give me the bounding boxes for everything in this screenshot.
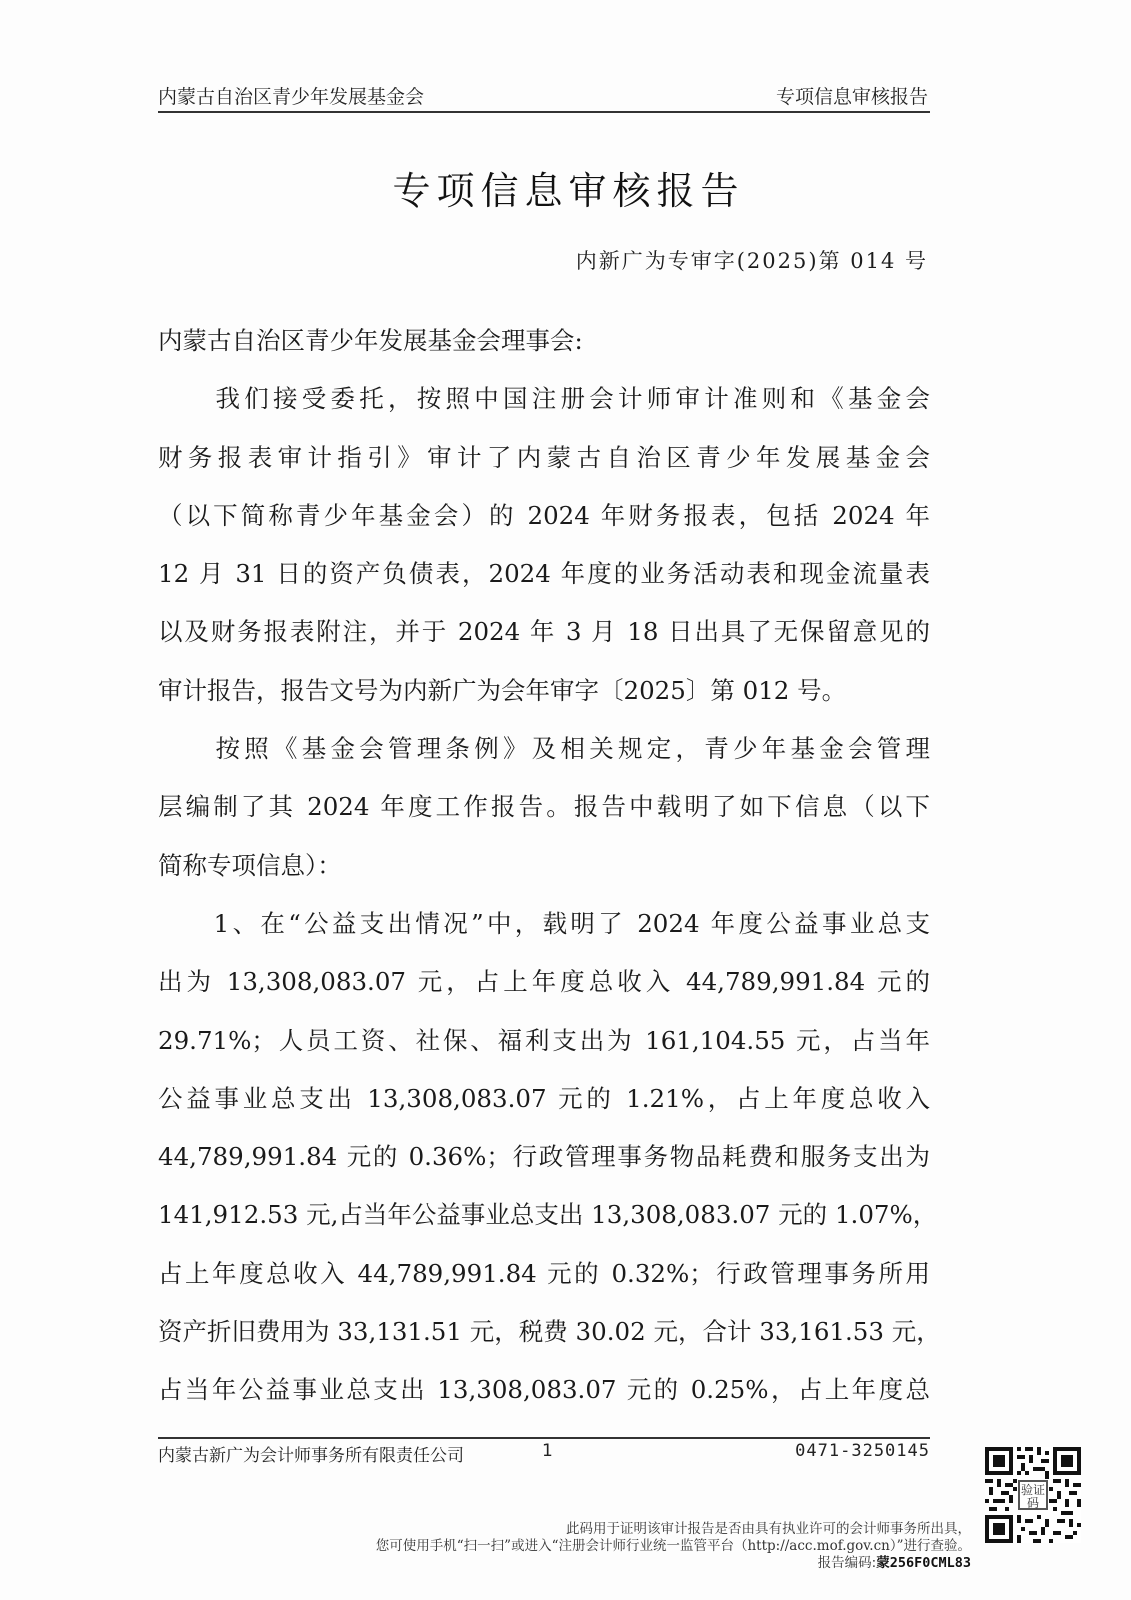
report-code: 报告编码:蒙256F0CML83 [351,1555,971,1572]
document-title: 专项信息审核报告 [0,160,1131,215]
body-line: 财务报表审计指引》审计了内蒙古自治区青少年发展基金会 [158,429,930,487]
body-line: 我们接受委托，按照中国注册会计师审计准则和《基金会 [158,370,930,428]
verification-qr-code-icon[interactable]: 验证 码 [985,1447,1081,1543]
header-report-type: 专项信息审核报告 [776,82,928,109]
body-line: 审计报告，报告文号为内新广为会年审字〔2025〕第 012 号。 [158,662,930,720]
header-organization: 内蒙古自治区青少年发展基金会 [158,82,424,109]
body-line: 层编制了其 2024 年度工作报告。报告中载明了如下信息（以下 [158,778,930,836]
body-line: 按照《基金会管理条例》及相关规定，青少年基金会管理 [158,720,930,778]
body-line: 出为 13,308,083.07 元，占上年度总收入 44,789,991.84… [158,953,930,1011]
body-line: 44,789,991.84 元的 0.36%；行政管理事务物品耗费和服务支出为 [158,1128,930,1186]
document-page: 内蒙古自治区青少年发展基金会 专项信息审核报告 专项信息审核报告 内新广为专审字… [0,0,1131,1600]
body-line: 12 月 31 日的资产负债表，2024 年度的业务活动表和现金流量表 [158,545,930,603]
svg-text:码: 码 [1027,1496,1039,1510]
body-line: （以下简称青少年基金会）的 2024 年财务报表，包括 2024 年 [158,487,930,545]
verification-note: 此码用于证明该审计报告是否由具有执业许可的会计师事务所出具， 您可使用手机“扫一… [351,1521,971,1572]
body-line: 141,912.53 元,占当年公益事业总支出 13,308,083.07 元的… [158,1186,930,1244]
body-line: 29.71%；人员工资、社保、福利支出为 161,104.55 元，占当年 [158,1012,930,1070]
footer-firm-name: 内蒙古新广为会计师事务所有限责任公司 [158,1441,464,1466]
footer-phone: 0471-3250145 [795,1441,930,1461]
body-line: 占当年公益事业总支出 13,308,083.07 元的 0.25%，占上年度总 [158,1361,930,1419]
running-header: 内蒙古自治区青少年发展基金会 专项信息审核报告 [158,82,928,112]
salutation: 内蒙古自治区青少年发展基金会理事会: [158,312,930,370]
verification-line-2: 您可使用手机“扫一扫”或进入“注册会计师行业统一监管平台（http://acc.… [351,1538,971,1555]
body-line: 公益事业总支出 13,308,083.07 元的 1.21%，占上年度总收入 [158,1070,930,1128]
body-line: 资产折旧费用为 33,131.51 元，税费 30.02 元，合计 33,161… [158,1303,930,1361]
verification-line-1: 此码用于证明该审计报告是否由具有执业许可的会计师事务所出具， [351,1521,971,1538]
report-code-label: 报告编码: [818,1555,877,1571]
page-number: 1 [542,1441,553,1461]
document-body: 内蒙古自治区青少年发展基金会理事会: 我们接受委托，按照中国注册会计师审计准则和… [158,312,930,1420]
body-line: 简称专项信息）： [158,837,930,895]
running-footer: 内蒙古新广为会计师事务所有限责任公司 1 0471-3250145 [158,1441,930,1469]
header-divider [158,111,930,113]
body-line: 占上年度总收入 44,789,991.84 元的 0.32%；行政管理事务所用 [158,1245,930,1303]
footer-divider [158,1437,930,1439]
body-line: 以及财务报表附注，并于 2024 年 3 月 18 日出具了无保留意见的 [158,603,930,661]
body-line: 1、在“公益支出情况”中，载明了 2024 年度公益事业总支 [158,895,930,953]
document-number: 内新广为专审字(2025)第 014 号 [576,245,928,275]
report-code-value: 蒙256F0CML83 [876,1555,971,1571]
